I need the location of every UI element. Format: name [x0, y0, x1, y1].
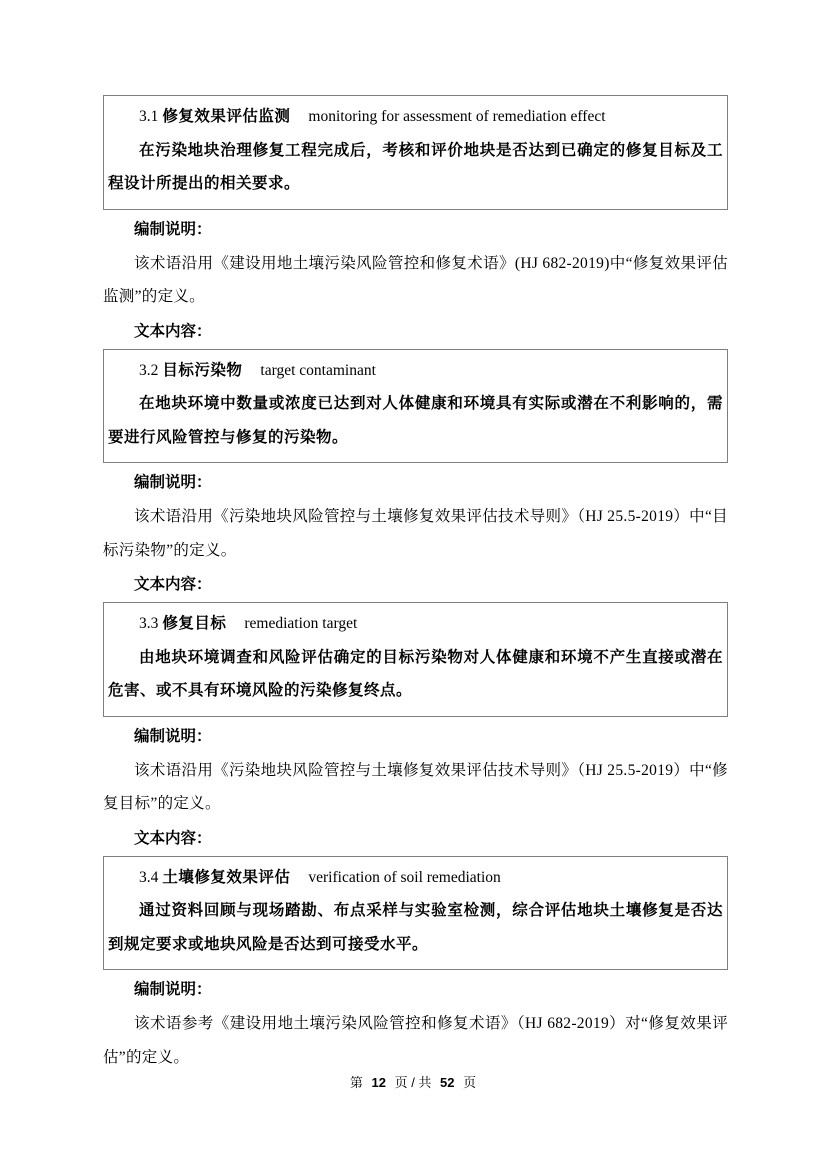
term-title: 3.2目标污染物target contaminant: [108, 354, 723, 388]
term-name-chinese: 土壤修复效果评估: [162, 869, 290, 886]
term-name-chinese: 目标污染物: [162, 362, 242, 379]
term-definition: 在污染地块治理修复工程完成后，考核和评价地块是否达到已确定的修复目标及工程设计所…: [108, 134, 723, 201]
note-paragraph: 该术语参考《建设用地土壤污染风险管控和修复术语》（HJ 682-2019）对“修…: [103, 1007, 728, 1074]
note-paragraph: 该术语沿用《污染地块风险管控与土壤修复效果评估技术导则》（HJ 25.5-201…: [103, 500, 728, 567]
footer-middle: 页 / 共: [394, 1075, 433, 1090]
term-name-english: verification of soil remediation: [308, 869, 500, 886]
term-title: 3.4土壤修复效果评估verification of soil remediat…: [108, 861, 723, 895]
document-page: 3.1修复效果评估监测monitoring for assessment of …: [0, 0, 826, 1169]
page-content: 3.1修复效果评估监测monitoring for assessment of …: [103, 95, 728, 1074]
term-definition: 由地块环境调查和风险评估确定的目标污染物对人体健康和环境不产生直接或潜在危害、或…: [108, 641, 723, 708]
footer-suffix: 页: [462, 1075, 477, 1090]
note-heading: 编制说明：: [103, 973, 728, 1007]
term-name-chinese: 修复效果评估监测: [162, 108, 290, 125]
term-box-3-4: 3.4土壤修复效果评估verification of soil remediat…: [103, 856, 728, 971]
term-name-english: monitoring for assessment of remediation…: [308, 108, 605, 125]
term-number: 3.3: [139, 615, 158, 632]
term-title: 3.3修复目标remediation target: [108, 607, 723, 641]
note-heading: 编制说明：: [103, 213, 728, 247]
term-box-3-1: 3.1修复效果评估监测monitoring for assessment of …: [103, 95, 728, 210]
footer-prefix: 第: [349, 1075, 364, 1090]
footer-page-number: 12: [367, 1075, 389, 1090]
term-name-chinese: 修复目标: [162, 615, 226, 632]
note-heading: 编制说明：: [103, 720, 728, 754]
footer-total-pages: 52: [436, 1075, 458, 1090]
text-content-heading: 文本内容：: [103, 315, 728, 349]
term-definition: 通过资料回顾与现场踏勘、布点采样与实验室检测，综合评估地块土壤修复是否达到规定要…: [108, 894, 723, 961]
text-content-heading: 文本内容：: [103, 568, 728, 602]
term-number: 3.4: [139, 869, 158, 886]
text-content-heading: 文本内容：: [103, 822, 728, 856]
term-title: 3.1修复效果评估监测monitoring for assessment of …: [108, 100, 723, 134]
term-name-english: target contaminant: [260, 362, 376, 379]
note-heading: 编制说明：: [103, 466, 728, 500]
note-paragraph: 该术语沿用《建设用地土壤污染风险管控和修复术语》(HJ 682-2019)中“修…: [103, 247, 728, 314]
term-name-english: remediation target: [244, 615, 357, 632]
term-number: 3.1: [139, 108, 158, 125]
note-paragraph: 该术语沿用《污染地块风险管控与土壤修复效果评估技术导则》（HJ 25.5-201…: [103, 754, 728, 821]
page-footer: 第 12 页 / 共 52 页: [0, 1073, 826, 1093]
term-box-3-2: 3.2目标污染物target contaminant 在地块环境中数量或浓度已达…: [103, 349, 728, 464]
term-definition: 在地块环境中数量或浓度已达到对人体健康和环境具有实际或潜在不利影响的，需要进行风…: [108, 387, 723, 454]
term-box-3-3: 3.3修复目标remediation target 由地块环境调查和风险评估确定…: [103, 602, 728, 717]
term-number: 3.2: [139, 362, 158, 379]
